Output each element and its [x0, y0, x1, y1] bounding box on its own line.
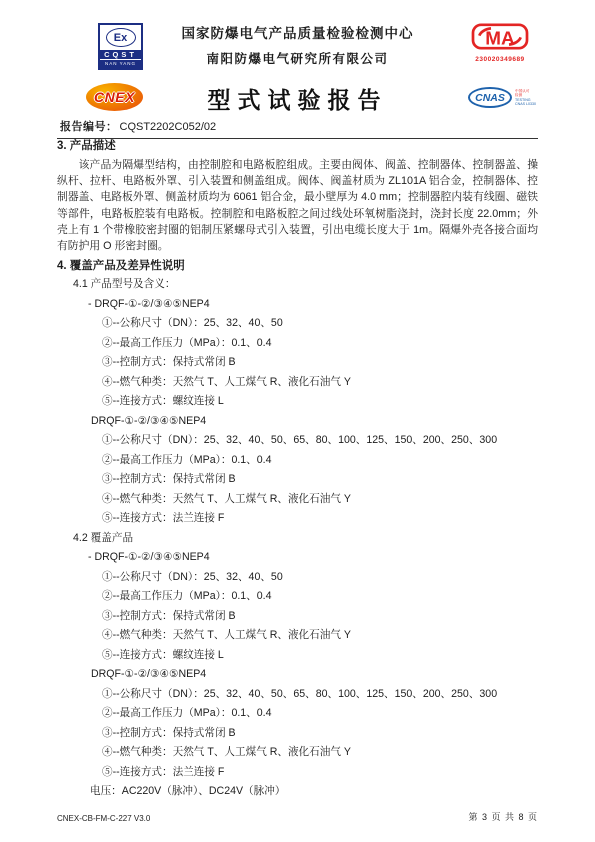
form-number: CNEX-CB-FM-C-227 V3.0	[57, 814, 150, 823]
report-number-row: 报告编号：CQST2202C052/02	[57, 118, 538, 139]
model-code: - DRQF-①-②/③④⑤NEP4	[88, 548, 538, 568]
cnas-caption-line4: CNAS L0330	[515, 102, 536, 106]
page-number: 第 3 页 共 8 页	[468, 810, 538, 823]
report-body: 3. 产品描述 该产品为隔爆型结构，由控制腔和电路板腔组成。主要由阀体、阀盖、控…	[57, 138, 538, 802]
section3-heading: 3. 产品描述	[57, 138, 538, 155]
model-spec-line: ⑤--连接方式：螺纹连接 L	[102, 392, 538, 412]
cma-logo: MA 230020349689	[471, 23, 529, 63]
model-spec-line: ④--燃气种类：天然气 T、人工煤气 R、液化石油气 Y	[102, 373, 538, 393]
model-spec-line: ④--燃气种类：天然气 T、人工煤气 R、液化石油气 Y	[102, 626, 538, 646]
cnas-mark-icon: CNAS	[468, 87, 512, 108]
model-code: DRQF-①-②/③④⑤NEP4	[91, 412, 538, 432]
report-number-label: 报告编号：	[60, 121, 118, 133]
report-page: Ex CQST NAN YANG 国家防爆电气产品质量检验检测中心 南阳防爆电气…	[0, 0, 595, 842]
model-spec-line: ①--公称尺寸（DN）：25、32、40、50	[102, 314, 538, 334]
model-spec-line: ⑤--连接方式：螺纹连接 L	[102, 646, 538, 666]
model-spec-line: ④--燃气种类：天然气 T、人工煤气 R、液化石油气 Y	[102, 743, 538, 763]
model-spec-line: ③--控制方式：保持式常闭 B	[102, 607, 538, 627]
model-code: - DRQF-①-②/③④⑤NEP4	[88, 295, 538, 315]
cma-number: 230020349689	[471, 56, 529, 63]
model-spec-line: ⑤--连接方式：法兰连接 F	[102, 509, 538, 529]
model-spec-line: ③--控制方式：保持式常闭 B	[102, 353, 538, 373]
cnas-caption: 中国认可 检测 TESTING CNAS L0330	[515, 89, 538, 107]
model-spec-line: ②--最高工作压力（MPa）：0.1、0.4	[102, 451, 538, 471]
model-spec-line: ①--公称尺寸（DN）：25、32、40、50、65、80、100、125、15…	[102, 685, 538, 705]
model-spec-line: ④--燃气种类：天然气 T、人工煤气 R、液化石油气 Y	[102, 490, 538, 510]
model-code: DRQF-①-②/③④⑤NEP4	[91, 665, 538, 685]
report-number-value: CQST2202C052/02	[120, 121, 217, 133]
cnas-logo: CNAS 中国认可 检测 TESTING CNAS L0330	[468, 87, 538, 108]
report-header: Ex CQST NAN YANG 国家防爆电气产品质量检验检测中心 南阳防爆电气…	[0, 0, 595, 118]
model-spec-line: ①--公称尺寸（DN）：25、32、40、50	[102, 568, 538, 588]
model-spec-line: ②--最高工作压力（MPa）：0.1、0.4	[102, 334, 538, 354]
cma-letters: MA	[485, 29, 515, 50]
voltage-line: 电压：AC220V（脉冲）、DC24V（脉冲）	[90, 782, 538, 802]
model-spec-line: ③--控制方式：保持式常闭 B	[102, 470, 538, 490]
product-description: 该产品为隔爆型结构，由控制腔和电路板腔组成。主要由阀体、阀盖、控制器体、控制器盖…	[57, 157, 538, 254]
section4-1-subheading: 4.1 产品型号及含义：	[73, 275, 538, 295]
cma-mark-icon: MA	[471, 23, 529, 50]
model-spec-line: ③--控制方式：保持式常闭 B	[102, 724, 538, 744]
section4-heading: 4. 覆盖产品及差异性说明	[57, 258, 538, 275]
model-spec-line: ⑤--连接方式：法兰连接 F	[102, 763, 538, 783]
model-spec-line: ②--最高工作压力（MPa）：0.1、0.4	[102, 587, 538, 607]
model-spec-line: ②--最高工作压力（MPa）：0.1、0.4	[102, 704, 538, 724]
model-spec-line: ①--公称尺寸（DN）：25、32、40、50、65、80、100、125、15…	[102, 431, 538, 451]
section4-2-subheading: 4.2 覆盖产品	[73, 529, 538, 549]
